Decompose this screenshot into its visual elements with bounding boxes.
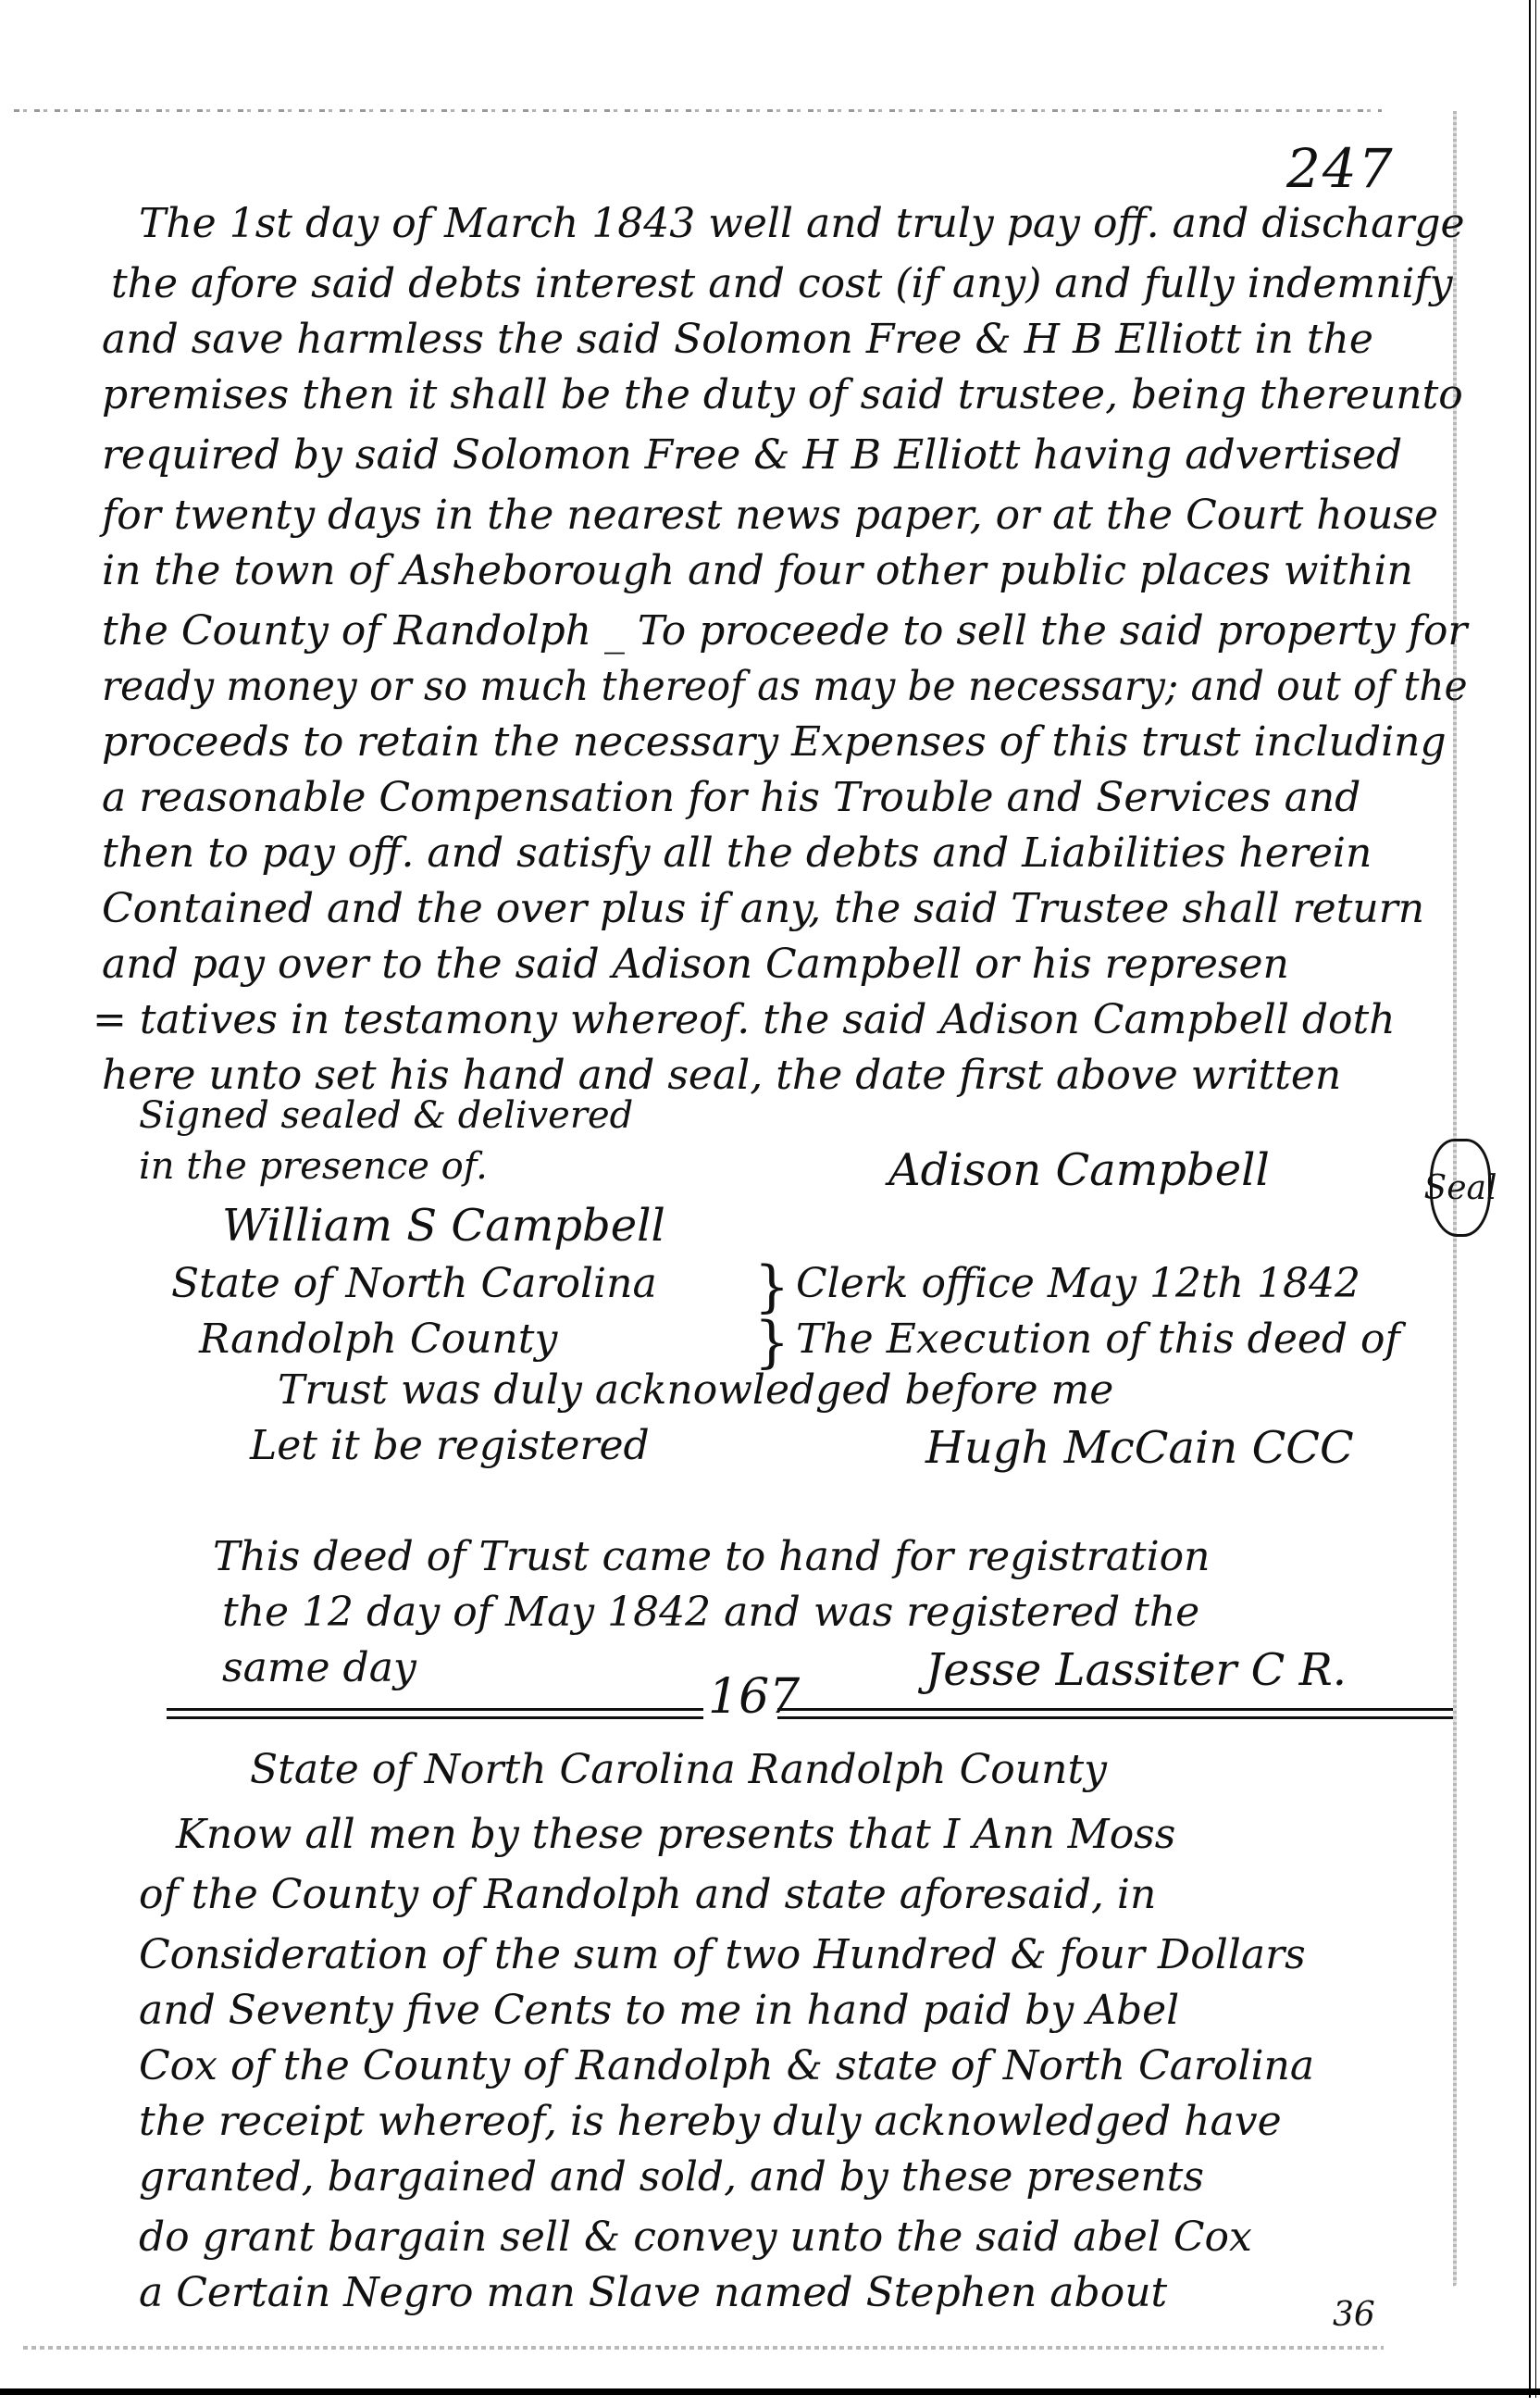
deed-line: and Seventy five Cents to me in hand pai… xyxy=(139,1990,1179,2031)
deed-line: the County of Randolph _ To proceede to … xyxy=(102,611,1467,652)
brace-mark: } xyxy=(754,1310,789,1375)
deed-line: required by said Solomon Free & H B Elli… xyxy=(102,435,1402,476)
registration-line: same day xyxy=(222,1648,416,1689)
deed-line: here unto set his hand and seal, the dat… xyxy=(102,1055,1341,1096)
deed-line: do grant bargain sell & convey unto the … xyxy=(139,2217,1252,2258)
deed-line: a Certain Negro man Slave named Stephen … xyxy=(139,2273,1167,2313)
divider-rule xyxy=(777,1716,1453,1719)
page-bottom-edge xyxy=(23,2346,1384,2350)
deed-line: The 1st day of March 1843 well and truly… xyxy=(139,204,1465,244)
deed-line: then to pay off. and satisfy all the deb… xyxy=(102,833,1372,874)
binder-right-border xyxy=(1529,0,1536,2398)
deed-line: a reasonable Compensation for his Troubl… xyxy=(102,778,1360,818)
deed-line: Consideration of the sum of two Hundred … xyxy=(139,1935,1306,1976)
registration-line: This deed of Trust came to hand for regi… xyxy=(213,1537,1211,1578)
witness-signature: William S Campbell xyxy=(222,1203,665,1248)
page-number: 247 xyxy=(1286,137,1395,200)
deed-line: for twenty days in the nearest news pape… xyxy=(102,495,1438,536)
deed-line: the afore said debts interest and cost (… xyxy=(111,264,1453,305)
divider-rule xyxy=(777,1708,1453,1711)
attestation-presence: in the presence of. xyxy=(139,1148,488,1185)
attestation-signed-sealed: Signed sealed & delivered xyxy=(139,1097,633,1134)
deed-line: granted, bargained and sold, and by thes… xyxy=(139,2157,1204,2198)
deed-line: Cox of the County of Randolph & state of… xyxy=(139,2046,1314,2087)
deed-line: premises then it shall be the duty of sa… xyxy=(102,375,1463,416)
binder-bottom-border xyxy=(0,2388,1540,2395)
deed-line: and pay over to the said Adison Campbell… xyxy=(102,944,1289,985)
registration-line: the 12 day of May 1842 and was registere… xyxy=(222,1592,1199,1633)
register-signature: Jesse Lassiter C R. xyxy=(925,1648,1347,1692)
footer-number: 36 xyxy=(1333,2296,1375,2334)
deed-line: proceeds to retain the necessary Expense… xyxy=(102,722,1447,763)
certificate-clerk-office-date: Clerk office May 12th 1842 xyxy=(796,1264,1360,1304)
deed-line: in the town of Asheborough and four othe… xyxy=(102,551,1413,592)
divider-rule xyxy=(167,1708,703,1711)
deed-2-heading: State of North Carolina Randolph County xyxy=(250,1750,1107,1790)
deed-line: = tatives in testamony whereof. the said… xyxy=(93,1000,1396,1041)
deed-line: Know all men by these presents that I An… xyxy=(176,1815,1175,1855)
deed-line: ready money or so much thereof as may be… xyxy=(102,667,1468,707)
certificate-execution: The Execution of this deed of xyxy=(796,1319,1400,1360)
seal-label: Seal xyxy=(1424,1169,1497,1207)
deed-line: of the County of Randolph and state afor… xyxy=(139,1875,1156,1915)
divider-rule xyxy=(167,1716,703,1719)
deed-line: Contained and the over plus if any, the … xyxy=(102,889,1424,929)
certificate-state: State of North Carolina xyxy=(171,1264,657,1304)
deed-line: the receipt whereof, is hereby duly ackn… xyxy=(139,2101,1282,2142)
clerk-signature: Hugh McCain CCC xyxy=(925,1426,1354,1470)
certificate-let-registered: Let it be registered xyxy=(250,1426,650,1466)
entry-divider: 167 xyxy=(167,1708,1453,1721)
certificate-county: Randolph County xyxy=(199,1319,557,1360)
scan-top-edge xyxy=(14,109,1382,112)
certificate-acknowledged: Trust was duly acknowledged before me xyxy=(278,1370,1113,1411)
deed-line: and save harmless the said Solomon Free … xyxy=(102,319,1373,360)
signatory-signature: Adison Campbell xyxy=(888,1148,1270,1192)
seal-mark: Seal xyxy=(1430,1139,1491,1237)
